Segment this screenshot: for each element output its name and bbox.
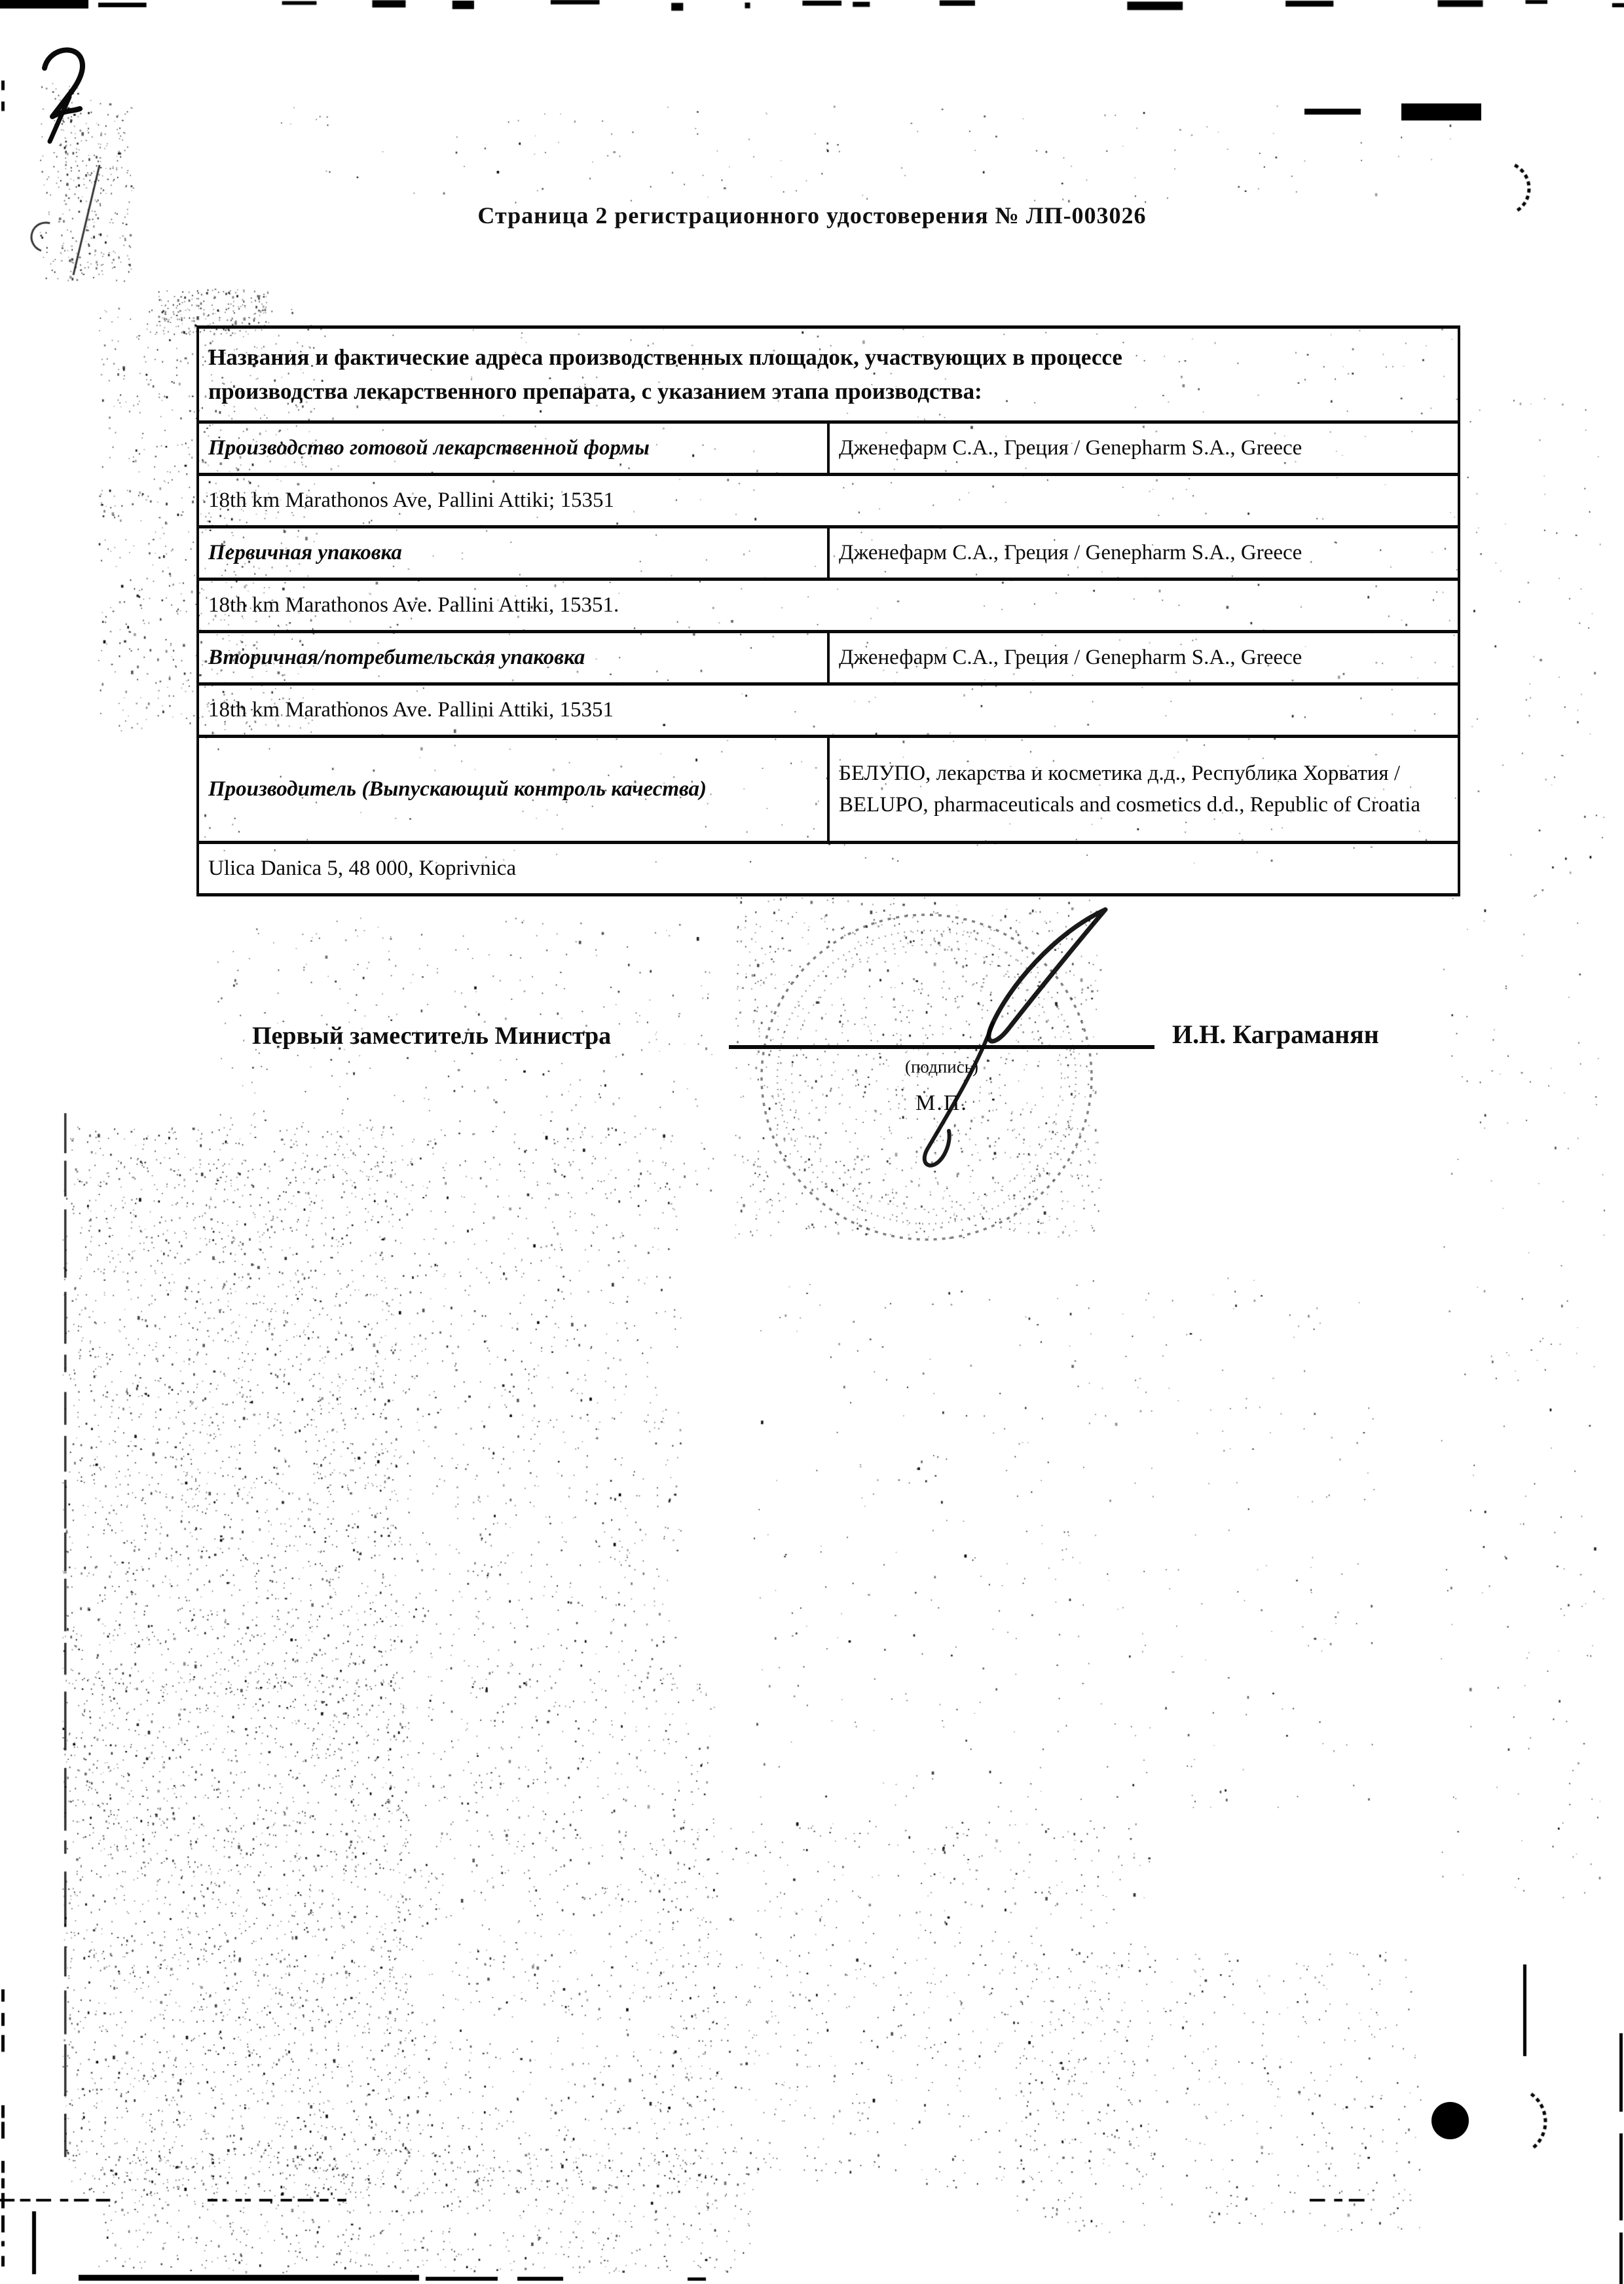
table-title-cell: Названия и фактические адреса производст… bbox=[198, 327, 1459, 422]
address-cell: 18th km Marathonos Ave. Pallini Attiki, … bbox=[198, 580, 1459, 632]
page-title: Страница 2 регистрационного удостоверени… bbox=[0, 202, 1624, 229]
stage-cell: Вторичная/потребительская упаковка bbox=[198, 632, 828, 684]
address-cell: 18th km Marathonos Ave, Pallini Attiki; … bbox=[198, 475, 1459, 527]
table-row: Вторичная/потребительская упаковка Джене… bbox=[198, 632, 1459, 684]
table-row: 18th km Marathonos Ave. Pallini Attiki, … bbox=[198, 580, 1459, 632]
company-cell: Дженефарм С.А., Греция / Genepharm S.A.,… bbox=[828, 527, 1459, 580]
address-cell: 18th km Marathonos Ave. Pallini Attiki, … bbox=[198, 684, 1459, 737]
stamp-inner-ring bbox=[792, 945, 1061, 1209]
stage-cell: Производитель (Выпускающий контроль каче… bbox=[198, 737, 828, 843]
company-cell: Дженефарм С.А., Греция / Genepharm S.A.,… bbox=[828, 632, 1459, 684]
handwritten-page-number-mark bbox=[31, 41, 110, 152]
company-cell: Дженефарм С.А., Греция / Genepharm S.A.,… bbox=[828, 422, 1459, 475]
production-sites-table: Названия и фактические адреса производст… bbox=[196, 325, 1460, 896]
table-title-row: Названия и фактические адреса производст… bbox=[198, 327, 1459, 422]
signatory-name: И.Н. Каграманян bbox=[1172, 1019, 1379, 1050]
signature-line bbox=[729, 1045, 1154, 1049]
table-row: Производитель (Выпускающий контроль каче… bbox=[198, 737, 1459, 843]
signature-caption: (подпись) bbox=[729, 1057, 1154, 1077]
table-row: 18th km Marathonos Ave. Pallini Attiki, … bbox=[198, 684, 1459, 737]
table-row: 18th km Marathonos Ave, Pallini Attiki; … bbox=[198, 475, 1459, 527]
table-row: Первичная упаковка Дженефарм С.А., Греци… bbox=[198, 527, 1459, 580]
table-title-text: Названия и фактические адреса производст… bbox=[208, 341, 1230, 409]
scanned-certificate-page: Страница 2 регистрационного удостоверени… bbox=[0, 0, 1624, 2284]
signatory-position-label: Первый заместитель Министра bbox=[252, 1022, 611, 1050]
seal-place-label: М.П. bbox=[729, 1091, 1154, 1116]
stamp-outer-ring bbox=[762, 915, 1092, 1240]
stage-cell: Первичная упаковка bbox=[198, 527, 828, 580]
company-cell: БЕЛУПО, лекарства и косметика д.д., Респ… bbox=[828, 737, 1459, 843]
stage-cell: Производство готовой лекарственной формы bbox=[198, 422, 828, 475]
address-cell: Ulica Danica 5, 48 000, Koprivnica bbox=[198, 843, 1459, 895]
hole-punch-mark bbox=[1431, 2102, 1469, 2139]
official-stamp bbox=[733, 894, 1126, 1274]
table-row: Производство готовой лекарственной формы… bbox=[198, 422, 1459, 475]
scan-corner-mark bbox=[1401, 103, 1481, 120]
table-row: Ulica Danica 5, 48 000, Koprivnica bbox=[198, 843, 1459, 895]
signature-stroke bbox=[989, 910, 1105, 1041]
stamp-text-ring bbox=[777, 930, 1076, 1224]
